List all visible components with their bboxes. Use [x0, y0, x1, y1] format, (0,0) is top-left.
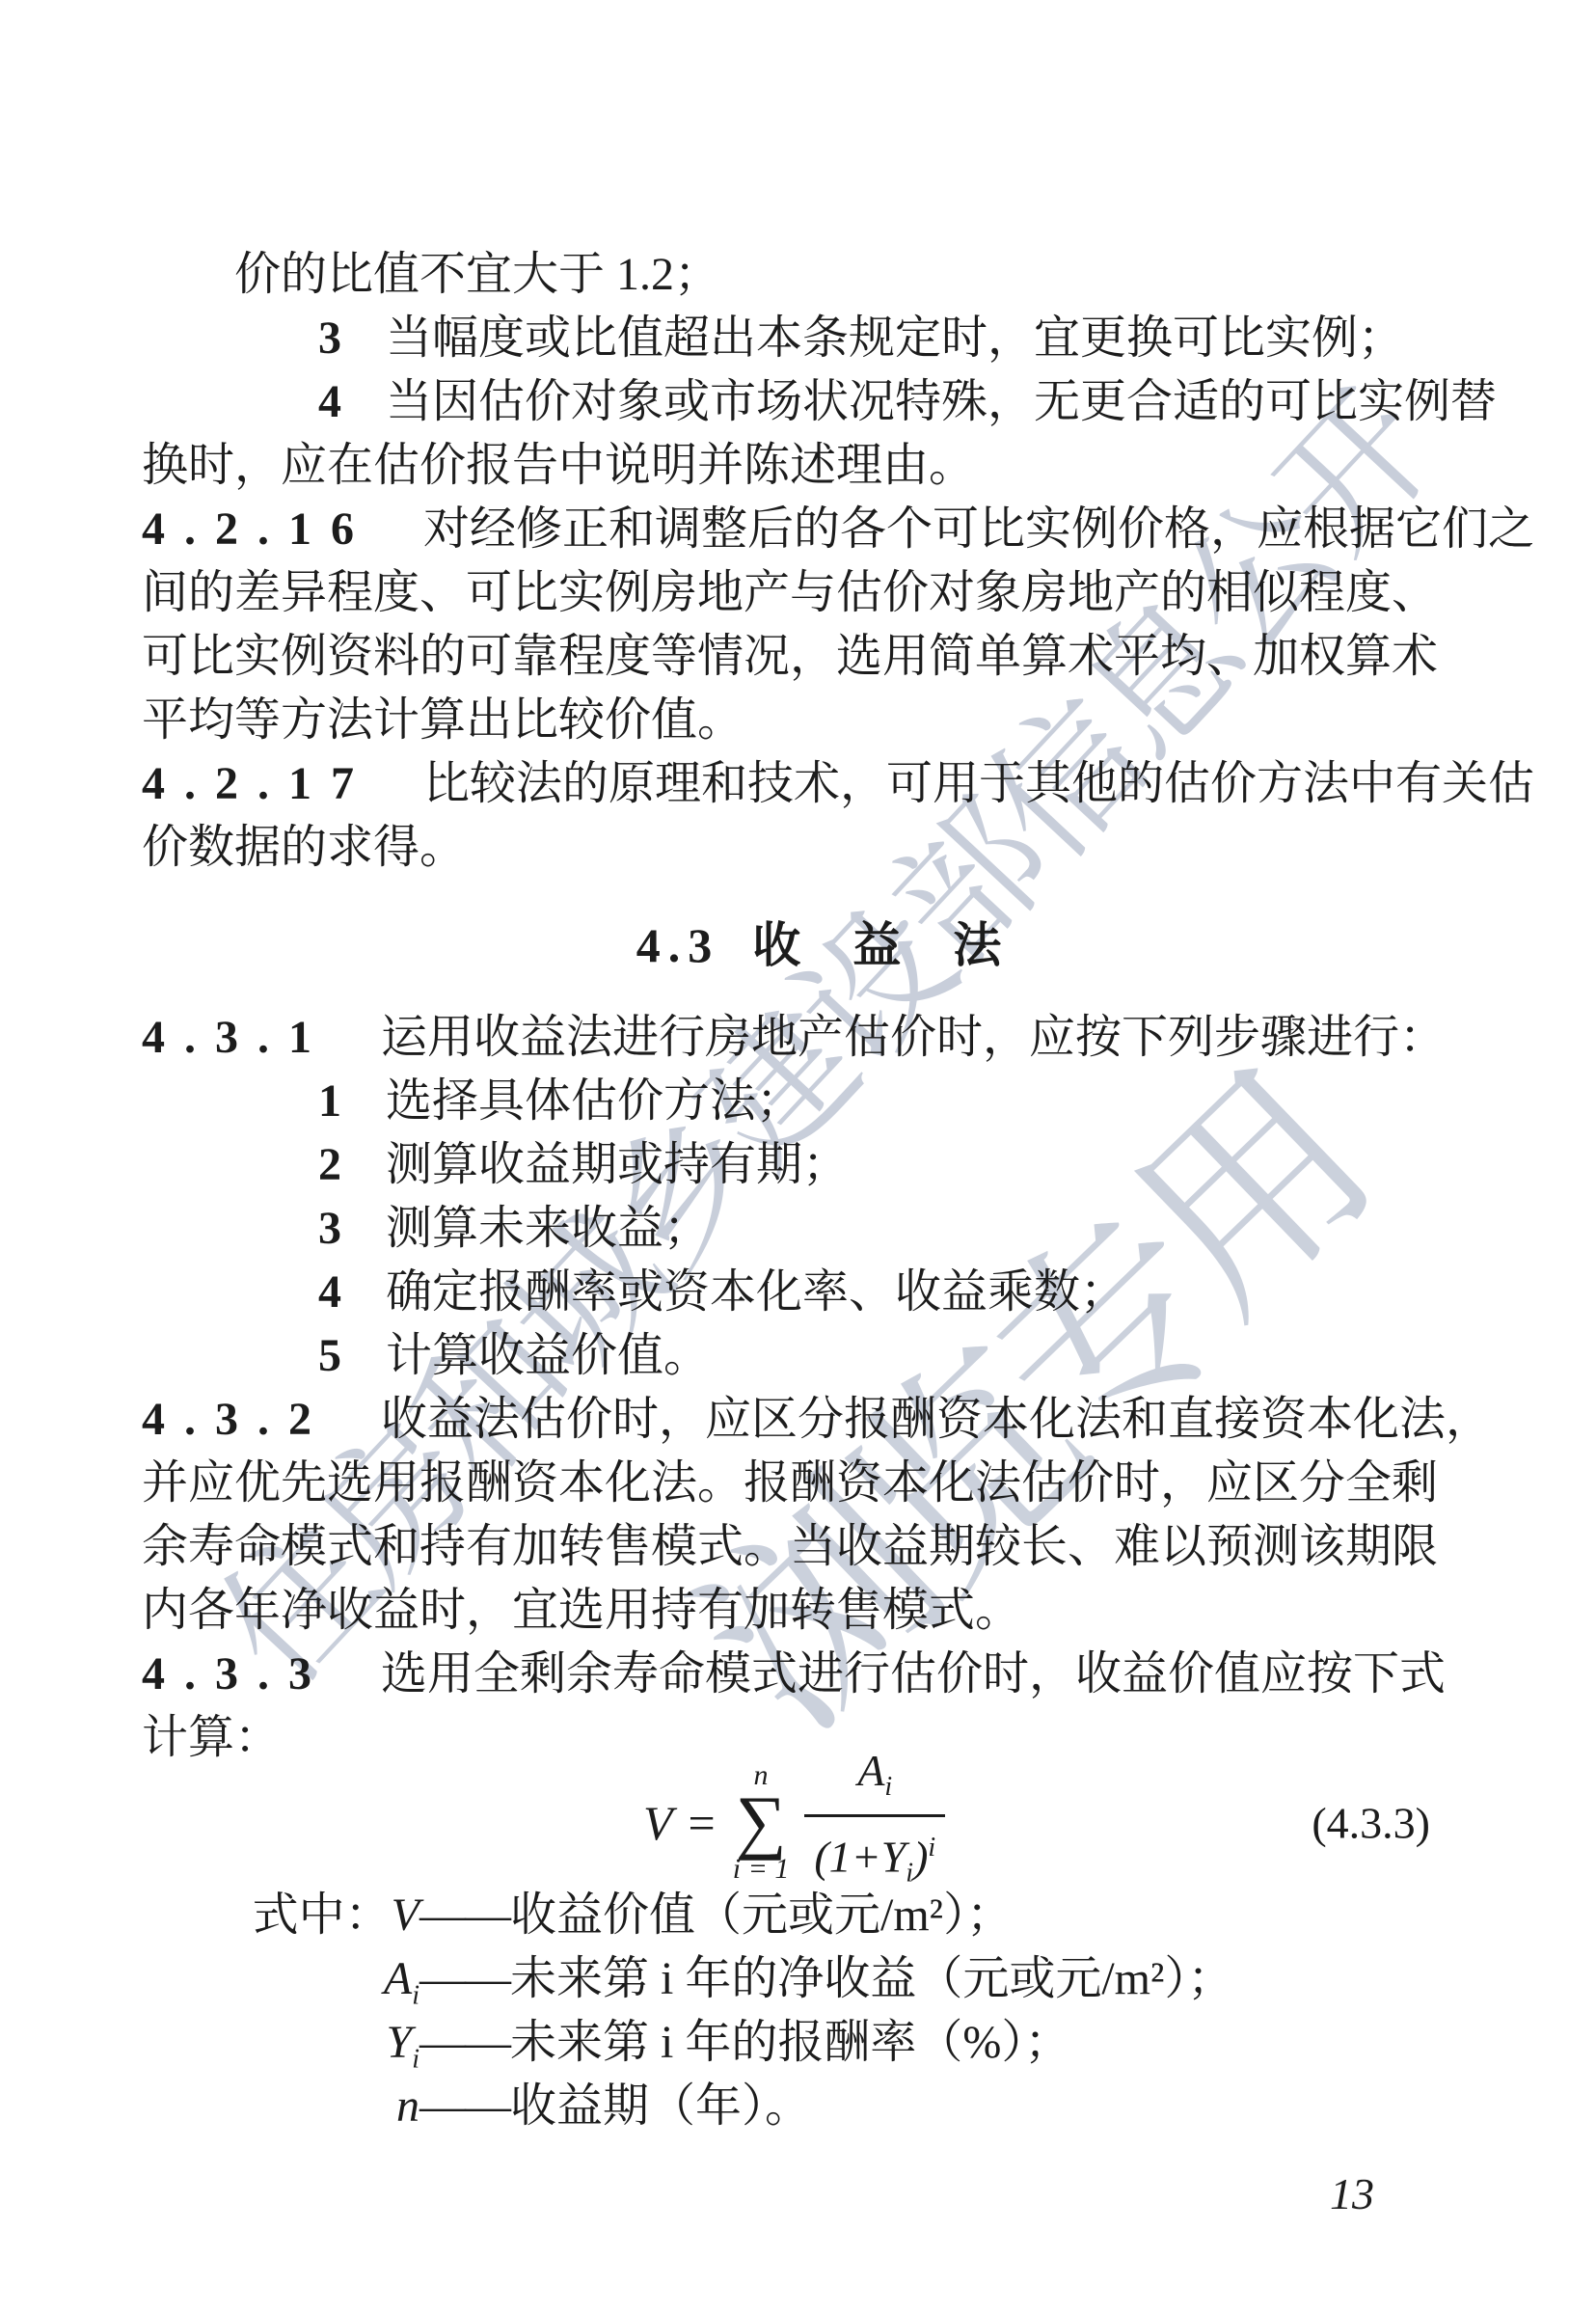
list-item-text: 测算未来收益； [386, 1203, 710, 1254]
list-item-text: 计算收益价值。 [386, 1330, 710, 1381]
formula-definition: Ai——未来第 i 年的净收益（元或元/m²）； [142, 1947, 1440, 2011]
summation-lower-limit: i = 1 [733, 1854, 790, 1885]
text-line-label: 并应优先选用报酬资本化法。报酬资本化法估价时，应区分全剩 [142, 1457, 1438, 1509]
formula-definition: n——收益期（年）。 [142, 2075, 1440, 2138]
income-value-formula: V = n ∑ i = 1 Ai (1+Yi)i [643, 1748, 945, 1899]
list-item-line: 2测算收益期或持有期； [142, 1133, 1440, 1197]
text-line-label: 间的差异程度、可比实例房地产与估价对象房地产的相似程度、 [142, 567, 1438, 618]
list-item-number: 4 [318, 370, 341, 434]
clause-text: 运用收益法进行房地产估价时，应按下列步骤进行： [381, 1012, 1446, 1063]
list-item-number: 5 [318, 1324, 341, 1388]
text-line: 价数据的求得。 [142, 816, 1440, 880]
list-item-number: 2 [318, 1133, 341, 1197]
variable-subscript: i [412, 1981, 419, 2011]
definition-dash: —— [419, 2017, 510, 2068]
variable-symbol: Y [387, 2017, 413, 2068]
list-item-text: 选择具体估价方法； [386, 1075, 802, 1127]
section-heading-title: 收 益 法 [752, 918, 1003, 972]
clause-number: 4.3.1 [142, 1012, 331, 1063]
definition-intro: 式中： [253, 1890, 392, 1941]
clause-text: 收益法估价时，应区分报酬资本化法和直接资本化法， [381, 1394, 1492, 1445]
denominator-close: ) [913, 1832, 928, 1881]
clause-text: 选用全剩余寿命模式进行估价时，收益价值应按下式 [381, 1648, 1446, 1699]
document-body: 价的比值不宜大于 1.2； 3当幅度或比值超出本条规定时，宜更换可比实例； 4当… [142, 243, 1440, 2138]
definition-text: 收益期（年）。 [510, 2080, 811, 2132]
denominator-exponent: i [928, 1833, 935, 1862]
text-line-label: 余寿命模式和持有加转售模式。当收益期较长、难以预测该期限 [142, 1521, 1438, 1572]
list-item-line: 1选择具体估价方法； [142, 1070, 1440, 1133]
variable-symbol: V [392, 1890, 419, 1941]
section-heading: 4.3收 益 法 [142, 913, 1440, 977]
clause-line: 4.3.1运用收益法进行房地产估价时，应按下列步骤进行： [142, 1006, 1440, 1070]
clause-text: 对经修正和调整后的各个可比实例价格，应根据它们之 [423, 503, 1534, 555]
clause-number: 4.3.2 [142, 1394, 331, 1445]
numerator-base: A [857, 1746, 884, 1795]
clause-line: 4.3.3选用全剩余寿命模式进行估价时，收益价值应按下式 [142, 1643, 1440, 1706]
list-item-line: 3测算未来收益； [142, 1197, 1440, 1261]
definition-dash: —— [419, 1890, 510, 1941]
text-line-label: 可比实例资料的可靠程度等情况，选用简单算术平均、加权算术 [142, 631, 1438, 682]
text-line-label: 内各年净收益时，宜选用持有加转售模式。 [142, 1585, 1021, 1636]
denominator-prefix: (1+ [814, 1832, 880, 1881]
text-line: 并应优先选用报酬资本化法。报酬资本化法估价时，应区分全剩 [142, 1452, 1440, 1515]
list-item-text: 当幅度或比值超出本条规定时，宜更换可比实例； [386, 313, 1404, 364]
list-item-number: 3 [318, 1197, 341, 1261]
clause-line: 4.2.17比较法的原理和技术，可用于其他的估价方法中有关估 [142, 752, 1440, 816]
list-item-line: 5计算收益价值。 [142, 1324, 1440, 1388]
text-line: 余寿命模式和持有加转售模式。当收益期较长、难以预测该期限 [142, 1515, 1440, 1579]
summation-symbol: n ∑ i = 1 [733, 1761, 790, 1885]
list-item-text: 确定报酬率或资本化率、收益乘数； [386, 1266, 1126, 1318]
fraction-numerator: Ai [857, 1748, 892, 1814]
formula-definition: Yi——未来第 i 年的报酬率（%）； [142, 2011, 1440, 2075]
fraction: Ai (1+Yi)i [804, 1748, 945, 1899]
list-item-line: 3当幅度或比值超出本条规定时，宜更换可比实例； [142, 307, 1440, 370]
numerator-subscript: i [884, 1772, 892, 1802]
list-item-number: 4 [318, 1261, 341, 1324]
clause-text: 比较法的原理和技术，可用于其他的估价方法中有关估 [423, 758, 1534, 809]
text-line: 价的比值不宜大于 1.2； [142, 243, 1440, 307]
fraction-denominator: (1+Yi)i [804, 1814, 945, 1899]
denominator-subscript: i [906, 1858, 913, 1888]
clause-number: 4.2.16 [142, 503, 373, 555]
equals-sign: = [689, 1795, 716, 1851]
list-item-text: 当因估价对象或市场状况特殊，无更合适的可比实例替 [386, 376, 1497, 427]
text-line-label: 换时，应在估价报告中说明并陈述理由。 [142, 440, 975, 491]
text-line-label: 价的比值不宜大于 1.2； [234, 249, 720, 300]
clause-number: 4.2.17 [142, 758, 373, 809]
text-line: 可比实例资料的可靠程度等情况，选用简单算术平均、加权算术 [142, 625, 1440, 689]
definition-dash: —— [419, 2080, 510, 2132]
variable-subscript: i [412, 2045, 419, 2075]
text-line: 平均等方法计算出比较价值。 [142, 689, 1440, 752]
clause-line: 4.2.16对经修正和调整后的各个可比实例价格，应根据它们之 [142, 498, 1440, 561]
equation-number: (4.3.3) [1312, 1798, 1430, 1849]
definition-text: 未来第 i 年的净收益（元或元/m²）； [510, 1953, 1233, 2004]
list-item-line: 4当因估价对象或市场状况特殊，无更合适的可比实例替 [142, 370, 1440, 434]
denominator-base: Y [881, 1832, 906, 1881]
clause-number: 4.3.3 [142, 1648, 331, 1699]
page-number: 13 [1330, 2168, 1374, 2219]
text-line-label: 价数据的求得。 [142, 822, 466, 873]
list-item-number: 3 [318, 307, 341, 370]
section-heading-number: 4.3 [636, 918, 720, 972]
list-item-text: 测算收益期或持有期； [386, 1139, 849, 1190]
definition-variable: n [142, 2075, 419, 2156]
text-line: 间的差异程度、可比实例房地产与估价对象房地产的相似程度、 [142, 561, 1440, 625]
clause-line: 4.3.2收益法估价时，应区分报酬资本化法和直接资本化法， [142, 1388, 1440, 1452]
variable-symbol: A [384, 1953, 412, 2004]
text-line: 内各年净收益时，宜选用持有加转售模式。 [142, 1579, 1440, 1643]
definition-dash: —— [419, 1953, 510, 2004]
list-item-number: 1 [318, 1070, 341, 1133]
definition-text: 未来第 i 年的报酬率（%）； [510, 2017, 1070, 2068]
variable-symbol: n [396, 2080, 419, 2132]
formula-row: V = n ∑ i = 1 Ai (1+Yi)i (4.3.3) [142, 1770, 1440, 1876]
formula-lhs: V [643, 1795, 673, 1851]
sigma-icon: ∑ [736, 1790, 787, 1854]
text-line-label: 平均等方法计算出比较价值。 [142, 694, 744, 746]
text-line: 换时，应在估价报告中说明并陈述理由。 [142, 434, 1440, 498]
text-line-label: 计算： [142, 1712, 281, 1763]
document-page: 住房和城乡建设部信息公开 浏览专用 价的比值不宜大于 1.2； 3当幅度或比值超… [0, 0, 1596, 2311]
list-item-line: 4确定报酬率或资本化率、收益乘数； [142, 1261, 1440, 1324]
